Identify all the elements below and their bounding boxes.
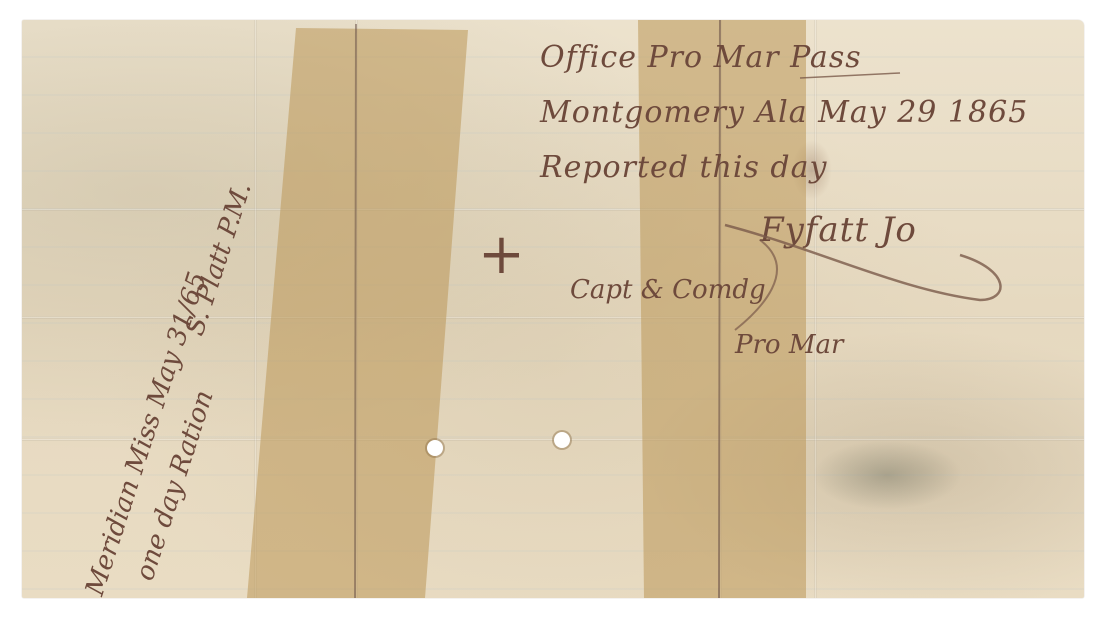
fold-line-vertical [355,20,358,598]
fold-line-vertical [254,20,257,598]
endorsement-line-office: Office Pro Mar Pass [540,40,862,75]
endorsement-line-office-abbrev: Pro Mar [735,330,843,360]
mold-stain [812,440,962,510]
endorsement-line-place-date: Montgomery Ala May 29 1865 [540,95,1028,130]
cross-mark: + [478,222,525,287]
punch-hole [427,440,443,456]
fold-line-horizontal [22,208,1084,211]
signature: Fyfatt Jo [760,210,917,250]
punch-hole [554,432,570,448]
endorsement-line-reported: Reported this day [540,150,827,185]
endorsement-line-title: Capt & Comdg [570,275,766,305]
